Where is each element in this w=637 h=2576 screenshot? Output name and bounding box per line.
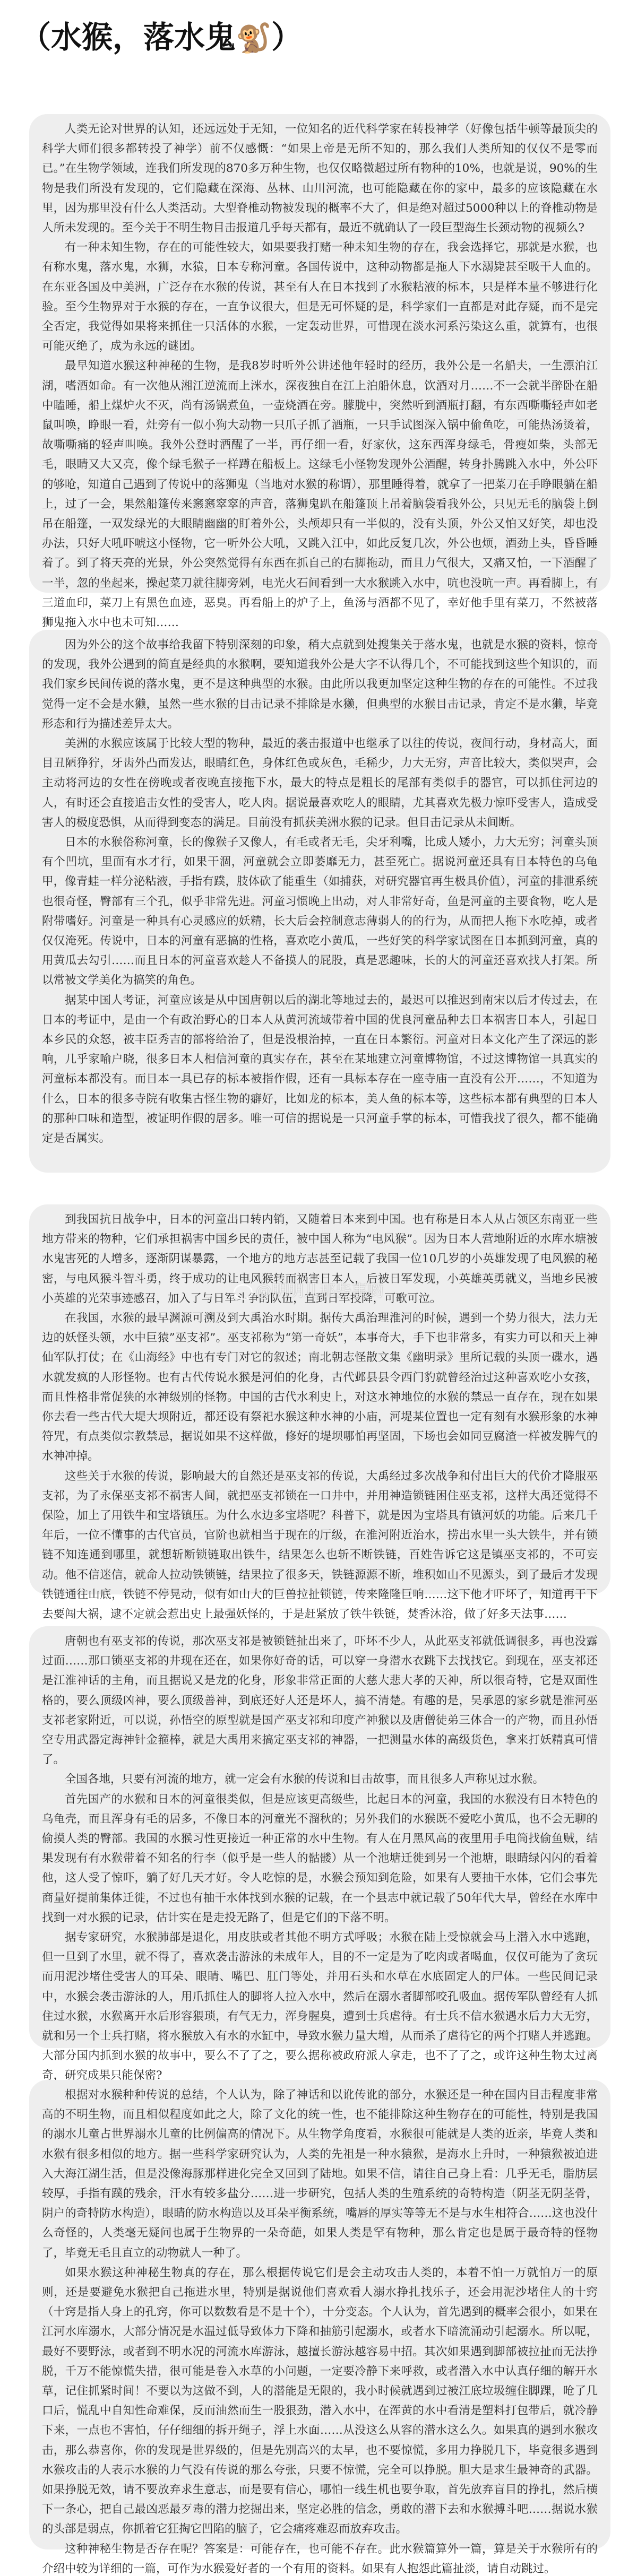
paragraph: 因为外公的这个故事给我留下特别深刻的印象，稍大点就到处搜集关于落水鬼，也就是水猴… <box>42 635 598 734</box>
paragraph: 据专家研究，水猴肺部是退化，用皮肤或者其他不明方式呼吸；水猴在陆上受惊就会马上潜… <box>42 1928 598 2086</box>
paragraph: 到我国抗日战争中，日本的河童出口转内销，又随着日本来到中国。也有称是日本人从占领… <box>42 1210 598 1308</box>
paragraph: 最早知道水猴这种神秘的生物，是我8岁时听外公讲述他年轻时的经历，我外公是一名船夫… <box>42 356 598 632</box>
title-close-paren: ） <box>271 19 302 55</box>
title-text: （水猴，落水鬼 <box>20 19 236 55</box>
text-block-4: 唐朝也有巫支祁的传说，那次巫支祁是被锁链扯出来了，吓坏不少人，从此巫支祁就低调很… <box>29 1626 610 2048</box>
paragraph: 根据对水猴种种传说的总结，个人认为，除了神话和以讹传讹的部分，水猴还是一种在国内… <box>42 2085 598 2263</box>
text-block-3: 到我国抗日战争中，日本的河童出口转内销，又随着日本来到中国。也有称是日本人从占领… <box>29 1204 610 1594</box>
paragraph: 这种神秘生物是否存在呢？答案是：可能存在，也可能不存在。此水猴篇算外一篇，算是关… <box>42 2539 598 2576</box>
text-block-2: 因为外公的这个故事给我留下特别深刻的印象，稍大点就到处搜集关于落水鬼，也就是水猴… <box>29 630 610 1173</box>
text-block-5: 根据对水猴种种传说的总结，个人认为，除了神话和以讹传讹的部分，水猴还是一种在国内… <box>29 2080 610 2549</box>
paragraph: 全国各地，只要有河流的地方，就一定会有水猴的传说和目击故事，而且很多人声称见过水… <box>42 1770 598 1789</box>
paragraph: 人类无论对世界的认知，还远远处于无知，一位知名的近代科学家在转投神学（好像包括牛… <box>42 119 598 238</box>
paragraph: 如果水猴这种神秘生物真的存在，那么根据传说它们是会主动攻击人类的，本着不怕一万就… <box>42 2263 598 2539</box>
paragraph: 这些关于水猴的传说，影响最大的自然还是巫支祁的传说，大禹经过多次战争和付出巨大的… <box>42 1467 598 1625</box>
paragraph: 唐朝也有巫支祁的传说，那次巫支祁是被锁链扯出来了，吓坏不少人，从此巫支祁就低调很… <box>42 1632 598 1770</box>
paragraph: 据某中国人考证，河童应该是从中国唐朝以后的湖北等地过去的，最迟可以推迟到南宋以后… <box>42 991 598 1149</box>
page-title: （水猴，落水鬼🐒） <box>20 16 302 59</box>
paragraph: 在我国，水猴的最早渊源可溯及到大禹治水时期。据传大禹治理淮河的时候，遇到一个势力… <box>42 1308 598 1467</box>
paragraph: 有一种未知生物，存在的可能性较大，如果要我打赌一种未知生物的存在，我会选择它，那… <box>42 238 598 356</box>
text-block-1: 人类无论对世界的认知，还远远处于无知，一位知名的近代科学家在转投神学（好像包括牛… <box>29 114 610 593</box>
paragraph: 首先国产的水猴和日本的河童很类似，但是应该更高级些，比起日本的河童，我国的水猴没… <box>42 1790 598 1928</box>
paragraph: 日本的水猴俗称河童，长的像猴子又像人，有毛或者无毛，尖牙利嘴，比成人矮小，力大无… <box>42 832 598 991</box>
paragraph: 美洲的水猴应该属于比较大型的物种，最近的袭击报道中也继承了以往的传说，夜间行动，… <box>42 734 598 832</box>
monkey-icon: 🐒 <box>236 21 271 55</box>
